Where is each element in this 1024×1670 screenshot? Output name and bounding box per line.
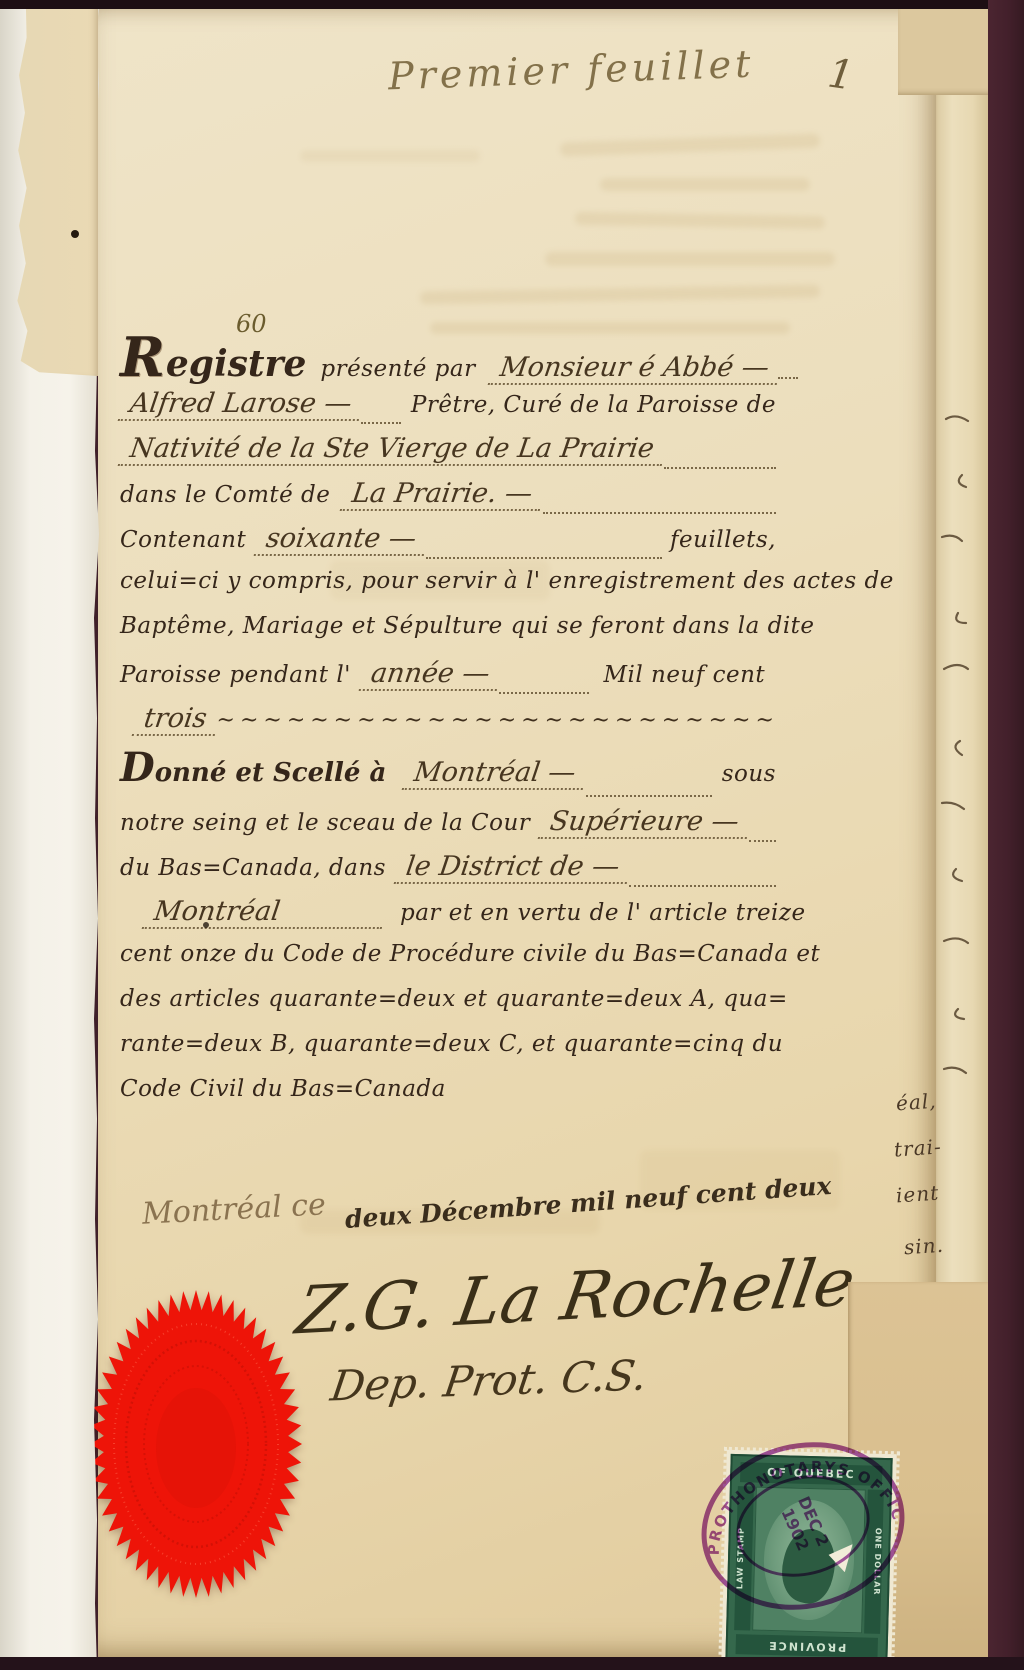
form-line-11: notre seing et le sceau de la Cour Supér… [120, 806, 776, 851]
dotted-rule [361, 422, 400, 424]
printed-text: par et en vertu de l' article treize [400, 900, 806, 926]
form-line-5: Contenant soixante — feuillets, [120, 523, 776, 568]
form-line-16: rante=deux B, quarante=deux C, et quaran… [120, 1031, 776, 1076]
edge-text-fragment: éal, [895, 1089, 937, 1116]
form-line-3: Nativité de la Ste Vierge de La Prairie [120, 433, 776, 478]
ink-speck [203, 922, 209, 928]
printed-text: Code Civil du Bas=Canada [120, 1076, 446, 1102]
dotted-rule [426, 557, 662, 559]
edge-text-fragment: trai- [893, 1134, 942, 1161]
ornate-initial-d: D [120, 748, 155, 788]
handwritten-entry: La Prairie. — [340, 478, 545, 511]
dotted-rule [499, 692, 589, 694]
printed-text: dans le Comté de [120, 482, 330, 508]
handwritten-entry: Supérieure — [538, 806, 751, 839]
form-line-1: Registre présenté par Monsieur é Abbé — [120, 330, 776, 388]
dotted-rule [586, 795, 712, 797]
handwritten-entry: Montréal — [402, 757, 588, 790]
corner-paper-patch [898, 7, 990, 95]
binding-right-edge [988, 0, 1024, 1670]
printed-text: Contenant [120, 527, 246, 553]
form-line-6: celui=ci y compris, pour servir à l' enr… [120, 568, 776, 613]
handwritten-entry: trois [132, 703, 219, 736]
binding-top-edge [0, 0, 1024, 9]
printed-text: Paroisse pendant l' [120, 662, 351, 688]
dotted-rule [629, 885, 776, 887]
bleedthrough-smudge [300, 150, 480, 162]
red-wafer-seal [86, 1286, 306, 1602]
form-line-4: dans le Comté de La Prairie. — [120, 478, 776, 523]
handwritten-entry: Monsieur é Abbé — [487, 352, 780, 385]
printed-text: Mil neuf cent [603, 662, 765, 688]
dotted-rule [749, 840, 776, 842]
handwritten-entry: le District de — [394, 851, 632, 884]
printed-text: des articles quarante=deux et quarante=d… [120, 986, 788, 1012]
dotted-rule [778, 377, 798, 379]
registre-word: egistre [166, 343, 307, 385]
donne-word: onné et Scellé à [155, 758, 387, 788]
deckle-paper-edge [14, 0, 98, 376]
printed-text: du Bas=Canada, dans [120, 855, 386, 881]
wavy-rule: ~~~~~~~~~~~~~~~~~~~~~~~~~~ [217, 708, 776, 733]
dotted-rule [543, 512, 776, 514]
form-line-7: Baptême, Mariage et Sépulture qui se fer… [120, 613, 776, 658]
handwritten-entry: Nativité de la Ste Vierge de La Prairie [118, 433, 666, 466]
bleedthrough-smudge [545, 252, 835, 266]
binding-bottom-edge [0, 1657, 1024, 1670]
handwritten-entry: Alfred Larose — [118, 388, 364, 421]
ornate-initial-r: R [120, 330, 165, 384]
edge-text-fragment: ient [895, 1181, 940, 1208]
printed-text: rante=deux B, quarante=deux C, et quaran… [120, 1031, 783, 1057]
form-line-10: Donné et Scellé à Montréal — sous [120, 748, 776, 806]
closing-dateline: Montréal ce deux Décembre mil neuf cent … [142, 1192, 842, 1227]
bleedthrough-smudge [600, 178, 810, 191]
form-line-15: des articles quarante=deux et quarante=d… [120, 986, 776, 1031]
handwritten-entry: soixante — [254, 523, 429, 556]
register-scan: Premier feuillet 1 60 Registre présenté … [0, 0, 1024, 1670]
form-line-9: trois ~~~~~~~~~~~~~~~~~~~~~~~~~~ [120, 703, 776, 748]
dotted-rule [664, 467, 776, 469]
printed-text: cent onze du Code de Procédure civile du… [120, 941, 820, 967]
printed-text: sous [722, 761, 776, 787]
form-line-8: Paroisse pendant l' année — Mil neuf cen… [120, 658, 776, 703]
printed-text: celui=ci y compris, pour servir à l' enr… [120, 568, 894, 594]
edge-text-fragment: sin. [903, 1233, 944, 1260]
form-line-12: du Bas=Canada, dans le District de — [120, 851, 776, 896]
printed-text: Baptême, Mariage et Sépulture qui se fer… [120, 613, 815, 639]
form-line-13: Montréal par et en vertu de l' article t… [120, 896, 776, 941]
printed-text: notre seing et le sceau de la Cour [120, 810, 530, 836]
printed-text: Prêtre, Curé de la Paroisse de [411, 392, 776, 418]
form-line-17: Code Civil du Bas=Canada [120, 1076, 776, 1121]
form-line-2: Alfred Larose — Prêtre, Curé de la Paroi… [120, 388, 776, 433]
printed-text: présenté par [320, 356, 475, 382]
closing-place: Montréal ce [141, 1187, 326, 1232]
handwritten-entry: année — [359, 658, 502, 691]
form-line-14: cent onze du Code de Procédure civile du… [120, 941, 776, 986]
ink-speck [71, 230, 79, 238]
register-form: Registre présenté par Monsieur é Abbé — … [120, 330, 776, 1121]
handwritten-entry: Montréal [142, 896, 387, 929]
printed-text: feuillets, [670, 527, 776, 553]
